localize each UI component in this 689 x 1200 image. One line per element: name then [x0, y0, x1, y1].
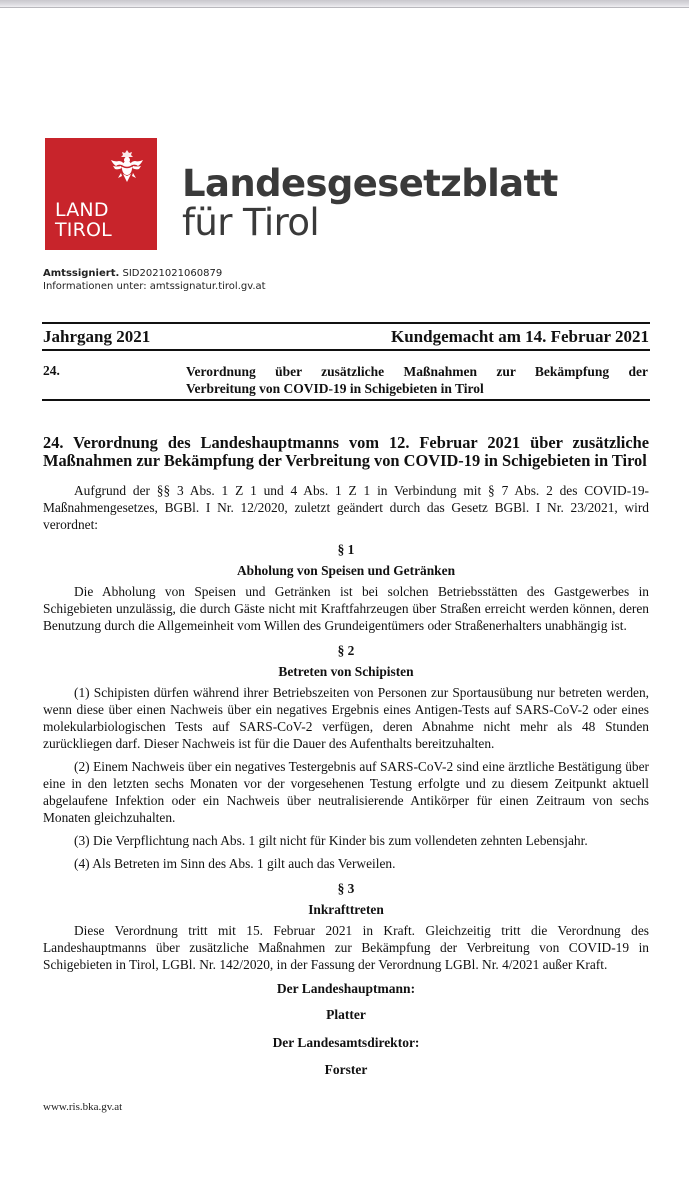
masthead-subtitle: für Tirol	[182, 204, 558, 242]
section-2-paragraph-3: (3) Die Verpflichtung nach Abs. 1 gilt n…	[43, 832, 649, 849]
signatory-role-director: Der Landesamtsdirektor:	[43, 1035, 649, 1051]
section-2-paragraph-4: (4) Als Betreten im Sinn des Abs. 1 gilt…	[43, 855, 649, 872]
masthead: Landesgesetzblatt für Tirol	[182, 164, 558, 242]
short-title: Verordnung über zusätzliche Maßnahmen zu…	[186, 363, 648, 397]
header-rule-middle	[42, 349, 650, 351]
section-2-heading: Betreten von Schipisten	[43, 663, 649, 680]
header-rule-top	[42, 322, 650, 324]
logo-wordmark: LAND TIROL	[55, 200, 112, 240]
viewer-top-bar	[0, 0, 689, 8]
header-rule-bottom	[42, 399, 650, 401]
volume-year: Jahrgang 2021	[43, 327, 150, 347]
section-3-number: § 3	[43, 880, 649, 897]
section-3-paragraph: Diese Verordnung tritt mit 15. Februar 2…	[43, 922, 649, 973]
signatory-name-governor: Platter	[43, 1007, 649, 1023]
section-3-heading: Inkrafttreten	[43, 901, 649, 918]
logo-line-land: LAND	[55, 200, 112, 220]
document-title-line2: Maßnahmen zur Bekämpfung der Verbreitung…	[43, 451, 647, 470]
logo-line-tirol: TIROL	[55, 220, 112, 240]
signature-id: SID2021021060879	[122, 268, 222, 279]
official-signature-block: Amtssigniert. SID2021021060879 Informati…	[43, 267, 266, 293]
gazette-number: 24.	[43, 363, 60, 379]
signature-info: Informationen unter: amtssignatur.tirol.…	[43, 280, 266, 293]
short-title-line1: Verordnung über zusätzliche Maßnahmen zu…	[186, 363, 648, 380]
tyrolean-eagle-icon	[107, 146, 147, 186]
preamble: Aufgrund der §§ 3 Abs. 1 Z 1 und 4 Abs. …	[43, 482, 649, 533]
signatory-role-governor: Der Landeshauptmann:	[43, 981, 649, 997]
document-body: 24. Verordnung des Landeshauptmanns vom …	[43, 434, 649, 973]
section-1-number: § 1	[43, 541, 649, 558]
signature-label: Amtssigniert.	[43, 268, 119, 279]
masthead-title: Landesgesetzblatt	[182, 164, 558, 204]
document-title: 24. Verordnung des Landeshauptmanns vom …	[43, 434, 649, 470]
section-2-number: § 2	[43, 642, 649, 659]
publication-date: Kundgemacht am 14. Februar 2021	[391, 327, 649, 347]
footer-url: www.ris.bka.gv.at	[43, 1101, 122, 1113]
section-2-paragraph-2: (2) Einem Nachweis über ein negatives Te…	[43, 758, 649, 826]
short-title-line2: Verbreitung von COVID-19 in Schigebieten…	[186, 381, 484, 396]
section-2-paragraph-1: (1) Schipisten dürfen während ihrer Betr…	[43, 684, 649, 752]
land-tirol-logo: LAND TIROL	[45, 138, 157, 250]
signatory-name-director: Forster	[43, 1062, 649, 1078]
document-title-line1: 24. Verordnung des Landeshauptmanns vom …	[43, 434, 649, 452]
section-1-heading: Abholung von Speisen und Getränken	[43, 562, 649, 579]
section-1-paragraph: Die Abholung von Speisen und Getränken i…	[43, 583, 649, 634]
